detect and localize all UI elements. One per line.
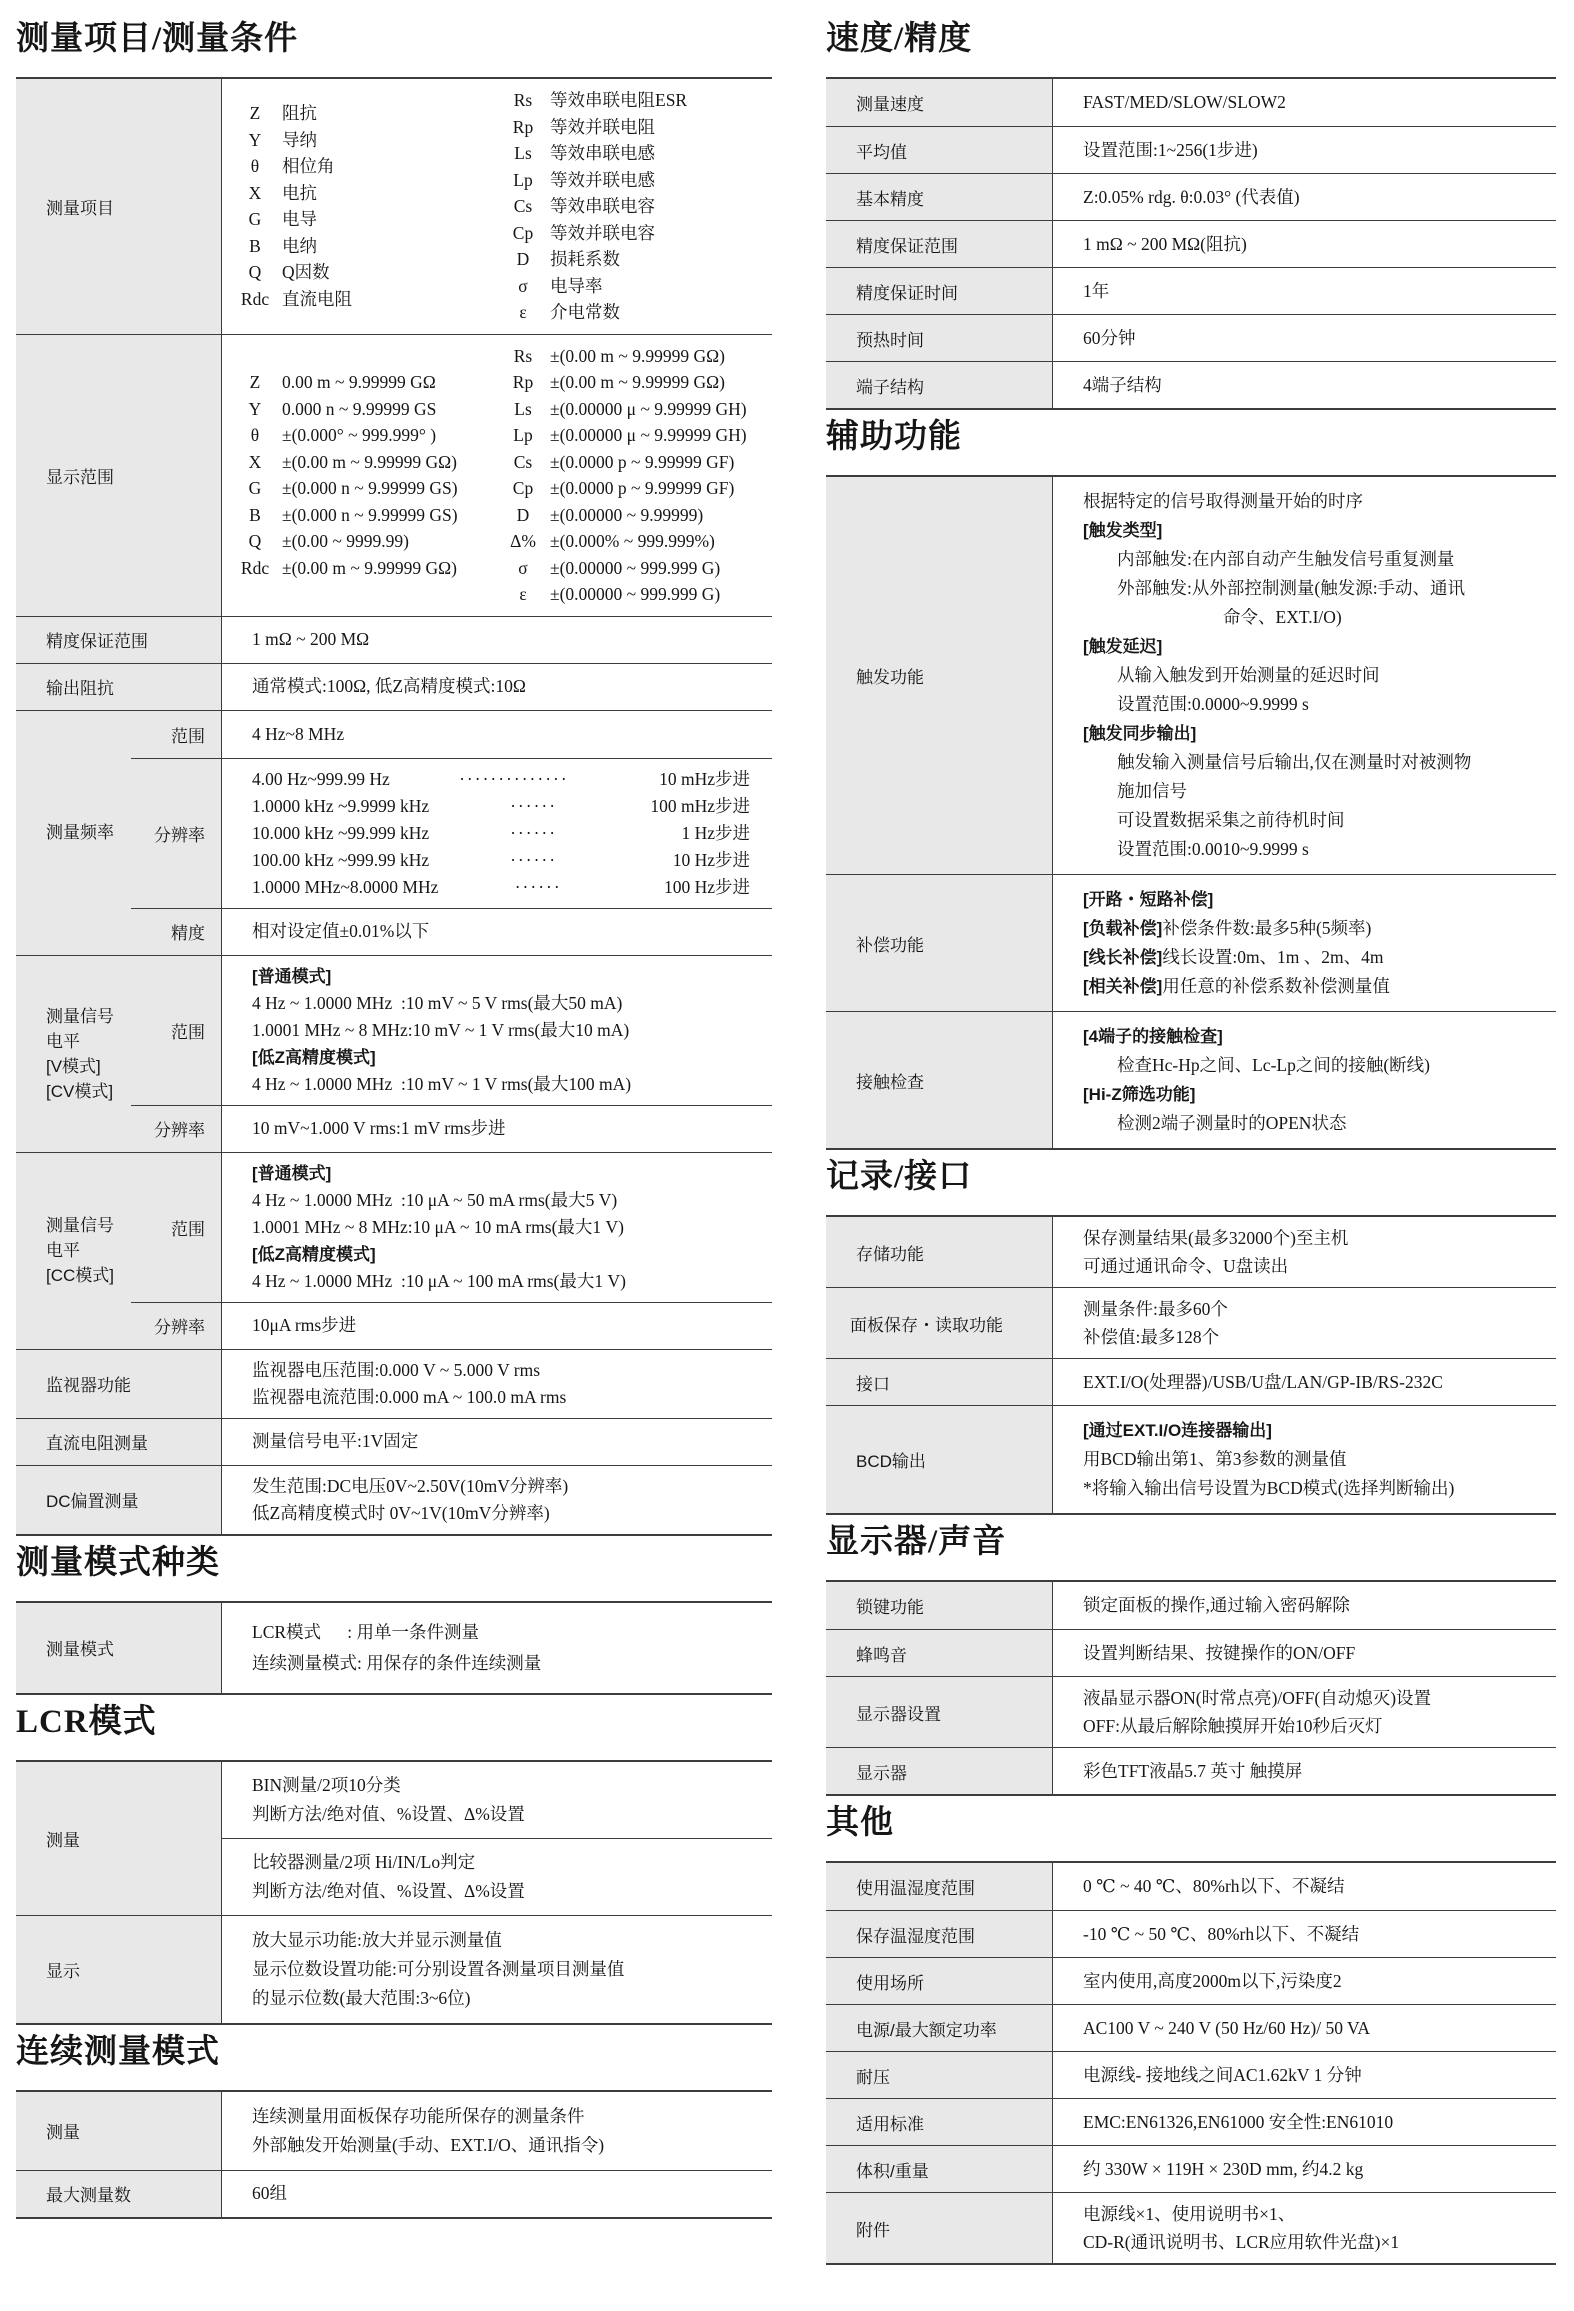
- item-pair: Y导纳: [228, 127, 478, 154]
- row-lines: 发生范围:DC电压0V~2.50V(10mV分辨率)低Z高精度模式时 0V~1V…: [221, 1466, 772, 1534]
- row-compensation-function: 补偿功能 [开路・短路补偿][负载补偿]补偿条件数:最多5种(5频率)[线长补偿…: [826, 874, 1556, 1011]
- spec-line: [普通模式]: [252, 1160, 764, 1187]
- row-label: 显示范围: [16, 335, 221, 616]
- range-pair: θ±(0.000° ~ 999.999° ): [228, 422, 478, 449]
- spec-line: 判断方法/绝对值、%设置、Δ%设置: [252, 1800, 764, 1829]
- row-label: 测量: [16, 1762, 221, 1915]
- row-label: 显示器设置: [826, 1677, 1052, 1747]
- row-measurement-items: 测量项目 Z阻抗Y导纳θ相位角X电抗G电导B电纳QQ因数Rdc直流电阻 Rs等效…: [16, 79, 772, 334]
- spec-line: CD-R(通讯说明书、LCR应用软件光盘)×1: [1083, 2228, 1548, 2256]
- spec-line: 4 Hz ~ 1.0000 MHz :10 mV ~ 1 V rms(最大100…: [252, 1071, 764, 1098]
- row-label: 补偿功能: [826, 875, 1052, 1011]
- row-label: 存储功能: [826, 1217, 1052, 1287]
- table-row: 精度保证时间 1年: [826, 267, 1556, 314]
- item-pair: Rdc直流电阻: [228, 286, 478, 313]
- section-title-other: 其他: [826, 1796, 1556, 1843]
- spec-line: 保存测量结果(最多32000个)至主机: [1083, 1224, 1548, 1252]
- row-label: 直流电阻测量: [16, 1419, 221, 1465]
- range-pair: σ±(0.00000 ~ 999.999 G): [496, 555, 768, 582]
- spec-line: 检测2端子测量时的OPEN状态: [1083, 1109, 1548, 1138]
- row-display-range: 显示范围 Z0.00 m ~ 9.99999 GΩY0.000 n ~ 9.99…: [16, 334, 772, 616]
- row-lines: 放大显示功能:放大并显示测量值显示位数设置功能:可分别设置各测量项目测量值的显示…: [221, 1916, 772, 2023]
- item-pair: ε介电常数: [496, 299, 768, 326]
- range-pair: B±(0.000 n ~ 9.99999 GS): [228, 502, 478, 529]
- row-accuracy-range: 精度保证范围 1 mΩ ~ 200 MΩ: [16, 616, 772, 663]
- spec-line: 的显示位数(最大范围:3~6位): [252, 1984, 764, 2013]
- subrow-range: 范围 [普通模式]4 Hz ~ 1.0000 MHz :10 mV ~ 5 V …: [131, 956, 772, 1105]
- subrow-range: 范围 4 Hz~8 MHz: [131, 711, 772, 758]
- spec-line: BIN测量/2项10分类: [252, 1771, 764, 1800]
- row-contact-check: 接触检查 [4端子的接触检查]检查Hc-Hp之间、Lc-Lp之间的接触(断线)[…: [826, 1011, 1556, 1148]
- spec-line: 命令、EXT.I/O): [1083, 603, 1548, 632]
- row-output-impedance: 输出阻抗 通常模式:100Ω, 低Z高精度模式:10Ω: [16, 663, 772, 710]
- range-list-b: Rs±(0.00 m ~ 9.99999 GΩ)Rp±(0.00 m ~ 9.9…: [496, 343, 768, 608]
- table-row: 端子结构 4端子结构: [826, 361, 1556, 408]
- subrow-value: 4 Hz~8 MHz: [221, 711, 772, 758]
- row-lines: 连续测量用面板保存功能所保存的测量条件外部触发开始测量(手动、EXT.I/O、通…: [221, 2092, 772, 2170]
- row-interface: 接口 EXT.I/O(处理器)/USB/U盘/LAN/GP-IB/RS-232C: [826, 1358, 1556, 1405]
- row-label: 测量速度: [826, 79, 1052, 126]
- row-storage-temp-humidity: 保存温湿度范围 -10 ℃ ~ 50 ℃、80%rh以下、不凝结: [826, 1910, 1556, 1957]
- row-label: 精度保证范围: [16, 617, 221, 663]
- range-pair: Rs±(0.00 m ~ 9.99999 GΩ): [496, 343, 768, 370]
- subrow-range: 范围 [普通模式]4 Hz ~ 1.0000 MHz :10 μA ~ 50 m…: [131, 1153, 772, 1302]
- row-storage-function: 存储功能 保存测量结果(最多32000个)至主机可通过通讯命令、U盘读出: [826, 1217, 1556, 1287]
- subrow-label: 分辨率: [131, 1106, 221, 1152]
- auxiliary-functions-table: 触发功能 根据特定的信号取得测量开始的时序[触发类型]内部触发:在内部自动产生触…: [826, 475, 1556, 1150]
- spec-line: [触发类型]: [1083, 516, 1548, 545]
- row-label: 保存温湿度范围: [826, 1911, 1052, 1957]
- table-row: 平均值 设置范围:1~256(1步进): [826, 126, 1556, 173]
- row-label: 蜂鸣音: [826, 1630, 1052, 1676]
- spec-line: 4 Hz ~ 1.0000 MHz :10 μA ~ 50 mA rms(最大5…: [252, 1187, 764, 1214]
- spec-line: 显示位数设置功能:可分别设置各测量项目测量值: [252, 1955, 764, 1984]
- section-title-auxiliary: 辅助功能: [826, 410, 1556, 457]
- spec-line: [线长补偿]线长设置:0m、1m 、2m、4m: [1083, 943, 1548, 972]
- item-pair: B电纳: [228, 233, 478, 260]
- range-pair: Δ%±(0.000% ~ 999.999%): [496, 528, 768, 555]
- row-value: 设置判断结果、按键操作的ON/OFF: [1052, 1630, 1556, 1676]
- table-row: 测量速度 FAST/MED/SLOW/SLOW2: [826, 79, 1556, 126]
- row-label: 显示: [16, 1916, 221, 2023]
- spec-line: 监视器电流范围:0.000 mA ~ 100.0 mA rms: [252, 1384, 764, 1411]
- range-pair: G±(0.000 n ~ 9.99999 GS): [228, 475, 478, 502]
- row-measurement-frequency: 测量频率 范围 4 Hz~8 MHz 分辨率 4.00 Hz~999.99 Hz…: [16, 710, 772, 955]
- row-label: 附件: [826, 2193, 1052, 2263]
- cc-range-lines: [普通模式]4 Hz ~ 1.0000 MHz :10 μA ~ 50 mA r…: [221, 1153, 772, 1302]
- continuous-mode-table: 测量 连续测量用面板保存功能所保存的测量条件外部触发开始测量(手动、EXT.I/…: [16, 2090, 772, 2219]
- spec-line: 4 Hz ~ 1.0000 MHz :10 mV ~ 5 V rms(最大50 …: [252, 990, 764, 1017]
- row-value: 彩色TFT液晶5.7 英寸 触摸屏: [1052, 1748, 1556, 1794]
- row-label: 平均值: [826, 127, 1052, 173]
- spec-line: [普通模式]: [252, 963, 764, 990]
- row-dc-bias: DC偏置测量 发生范围:DC电压0V~2.50V(10mV分辨率)低Z高精度模式…: [16, 1465, 772, 1534]
- spec-line: [触发同步输出]: [1083, 719, 1548, 748]
- row-value: 1 mΩ ~ 200 MΩ(阻抗): [1052, 221, 1556, 267]
- spec-line: 监视器电压范围:0.000 V ~ 5.000 V rms: [252, 1357, 764, 1384]
- row-label: 电源/最大额定功率: [826, 2005, 1052, 2051]
- item-pair: Lp等效并联电感: [496, 167, 768, 194]
- row-value: 设置范围:1~256(1步进): [1052, 127, 1556, 173]
- row-value: Z:0.05% rdg. θ:0.03° (代表值): [1052, 174, 1556, 220]
- row-lcr-measurement: 测量 BIN测量/2项10分类判断方法/绝对值、%设置、Δ%设置 比较器测量/2…: [16, 1762, 772, 1915]
- spec-line: 可通过通讯命令、U盘读出: [1083, 1252, 1548, 1280]
- row-beeper: 蜂鸣音 设置判断结果、按键操作的ON/OFF: [826, 1629, 1556, 1676]
- spec-line: LCR模式 : 用单一条件测量: [252, 1617, 764, 1648]
- row-label: 锁键功能: [826, 1582, 1052, 1629]
- row-value: 锁定面板的操作,通过输入密码解除: [1052, 1582, 1556, 1629]
- row-value: 约 330W × 119H × 230D mm, 约4.2 kg: [1052, 2146, 1556, 2192]
- spec-line: 用BCD输出第1、第3参数的测量值: [1083, 1445, 1548, 1474]
- row-lines: 监视器电压范围:0.000 V ~ 5.000 V rms监视器电流范围:0.0…: [221, 1350, 772, 1418]
- row-signal-level-v-mode: 测量信号电平[V模式][CV模式] 范围 [普通模式]4 Hz ~ 1.0000…: [16, 955, 772, 1152]
- range-pair: Rp±(0.00 m ~ 9.99999 GΩ): [496, 369, 768, 396]
- spec-line: [相关补偿]用任意的补偿系数补偿测量值: [1083, 972, 1548, 1001]
- spec-line: 外部触发:从外部控制测量(触发源:手动、通讯: [1083, 574, 1548, 603]
- spec-line: 判断方法/绝对值、%设置、Δ%设置: [252, 1877, 764, 1906]
- section-title-speed-accuracy: 速度/精度: [826, 12, 1556, 59]
- spec-line: 触发输入测量信号后输出,仅在测量时对被测物: [1083, 748, 1548, 777]
- row-dc-resistance: 直流电阻测量 测量信号电平:1V固定: [16, 1418, 772, 1465]
- v-range-lines: [普通模式]4 Hz ~ 1.0000 MHz :10 mV ~ 5 V rms…: [221, 956, 772, 1105]
- row-label: 最大测量数: [16, 2171, 221, 2217]
- row-lines: 保存测量结果(最多32000个)至主机可通过通讯命令、U盘读出: [1052, 1217, 1556, 1287]
- table-row: 预热时间 60分钟: [826, 314, 1556, 361]
- spec-line: 电源线×1、使用说明书×1、: [1083, 2200, 1548, 2228]
- row-label: 测量项目: [16, 79, 221, 334]
- spec-line: [通过EXT.I/O连接器输出]: [1083, 1416, 1548, 1445]
- spec-line: 内部触发:在内部自动产生触发信号重复测量: [1083, 545, 1548, 574]
- bin-measurement-cell: BIN测量/2项10分类判断方法/绝对值、%设置、Δ%设置: [221, 1762, 772, 1838]
- item-pair: G电导: [228, 206, 478, 233]
- display-range-content: Z0.00 m ~ 9.99999 GΩY0.000 n ~ 9.99999 G…: [221, 335, 772, 616]
- frequency-subrows: 范围 4 Hz~8 MHz 分辨率 4.00 Hz~999.99 Hz·····…: [131, 711, 772, 955]
- range-pair: Q±(0.00 ~ 9999.99): [228, 528, 478, 555]
- spec-line: 检查Hc-Hp之间、Lc-Lp之间的接触(断线): [1083, 1051, 1548, 1080]
- row-label: 端子结构: [826, 362, 1052, 408]
- range-pair: Y0.000 n ~ 9.99999 GS: [228, 396, 478, 423]
- item-pair: Cp等效并联电容: [496, 220, 768, 247]
- item-pair: Rp等效并联电阻: [496, 114, 768, 141]
- section-title-measurement-modes: 测量模式种类: [16, 1536, 772, 1583]
- range-list-a: Z0.00 m ~ 9.99999 GΩY0.000 n ~ 9.99999 G…: [228, 369, 478, 581]
- spec-line: [触发延迟]: [1083, 632, 1548, 661]
- subrow-label: 范围: [131, 711, 221, 758]
- row-display: 显示器 彩色TFT液晶5.7 英寸 触摸屏: [826, 1747, 1556, 1794]
- row-label: 测量信号电平[V模式][CV模式]: [16, 956, 131, 1152]
- record-interface-table: 存储功能 保存测量结果(最多32000个)至主机可通过通讯命令、U盘读出 面板保…: [826, 1215, 1556, 1515]
- section-title-lcr-mode: LCR模式: [16, 1695, 772, 1742]
- row-value: 4端子结构: [1052, 362, 1556, 408]
- row-value: 60组: [221, 2171, 772, 2217]
- resolution-line: 10.000 kHz ~99.999 kHz······1 Hz步进: [252, 820, 750, 847]
- row-label: 面板保存・读取功能: [826, 1288, 1052, 1358]
- spec-sheet-page: 测量项目/测量条件 测量项目 Z阻抗Y导纳θ相位角X电抗G电导B电纳QQ因数Rd…: [0, 0, 1574, 2285]
- row-value: 室内使用,高度2000m以下,污染度2: [1052, 1958, 1556, 2004]
- spec-line: 发生范围:DC电压0V~2.50V(10mV分辨率): [252, 1473, 764, 1500]
- section-title-record-interface: 记录/接口: [826, 1150, 1556, 1197]
- range-pair: Cs±(0.0000 p ~ 9.99999 GF): [496, 449, 768, 476]
- row-operating-location: 使用场所 室内使用,高度2000m以下,污染度2: [826, 1957, 1556, 2004]
- spec-line: 放大显示功能:放大并显示测量值: [252, 1926, 764, 1955]
- row-label: BCD输出: [826, 1406, 1052, 1513]
- row-standards: 适用标准 EMC:EN61326,EN61000 安全性:EN61010: [826, 2098, 1556, 2145]
- spec-line: 根据特定的信号取得测量开始的时序: [1083, 487, 1548, 516]
- row-label: 使用温湿度范围: [826, 1863, 1052, 1910]
- lcr-measurement-cells: BIN测量/2项10分类判断方法/绝对值、%设置、Δ%设置 比较器测量/2项 H…: [221, 1762, 772, 1915]
- row-monitor-function: 监视器功能 监视器电压范围:0.000 V ~ 5.000 V rms监视器电流…: [16, 1349, 772, 1418]
- row-max-measurements: 最大测量数 60组: [16, 2170, 772, 2217]
- row-label: 耐压: [826, 2052, 1052, 2098]
- row-power-supply: 电源/最大额定功率 AC100 V ~ 240 V (50 Hz/60 Hz)/…: [826, 2004, 1556, 2051]
- row-value: EXT.I/O(处理器)/USB/U盘/LAN/GP-IB/RS-232C: [1052, 1359, 1556, 1405]
- item-pair: X电抗: [228, 180, 478, 207]
- measurement-modes-table: 测量模式 LCR模式 : 用单一条件测量连续测量模式: 用保存的条件连续测量: [16, 1601, 772, 1695]
- row-label: 基本精度: [826, 174, 1052, 220]
- subrow-label: 分辨率: [131, 1303, 221, 1349]
- spec-line: 测量条件:最多60个: [1083, 1295, 1548, 1323]
- spec-line: 4 Hz ~ 1.0000 MHz :10 μA ~ 100 mA rms(最大…: [252, 1268, 764, 1295]
- right-column: 速度/精度 测量速度 FAST/MED/SLOW/SLOW2 平均值 设置范围:…: [826, 12, 1556, 2265]
- other-table: 使用温湿度范围 0 ℃ ~ 40 ℃、80%rh以下、不凝结 保存温湿度范围 -…: [826, 1861, 1556, 2265]
- subrow-resolution: 分辨率 4.00 Hz~999.99 Hz··············10 mH…: [131, 758, 772, 908]
- spec-line: 设置范围:0.0010~9.9999 s: [1083, 835, 1548, 864]
- row-value: AC100 V ~ 240 V (50 Hz/60 Hz)/ 50 VA: [1052, 2005, 1556, 2051]
- row-display-setting: 显示器设置 液晶显示器ON(时常点亮)/OFF(自动熄灭)设置OFF:从最后解除…: [826, 1676, 1556, 1747]
- row-label: 测量信号电平[CC模式]: [16, 1153, 131, 1349]
- section-title-display-sound: 显示器/声音: [826, 1515, 1556, 1562]
- spec-line: *将输入输出信号设置为BCD模式(选择判断输出): [1083, 1474, 1548, 1503]
- spec-line: 1.0001 MHz ~ 8 MHz:10 μA ~ 10 mA rms(最大1…: [252, 1214, 764, 1241]
- row-value: 1 mΩ ~ 200 MΩ: [221, 617, 772, 663]
- row-value: 1年: [1052, 268, 1556, 314]
- spec-line: [负载补偿]补偿条件数:最多5种(5频率): [1083, 914, 1548, 943]
- measurement-conditions-table: 测量项目 Z阻抗Y导纳θ相位角X电抗G电导B电纳QQ因数Rdc直流电阻 Rs等效…: [16, 77, 772, 1536]
- spec-line: 从输入触发到开始测量的延迟时间: [1083, 661, 1548, 690]
- range-pair: Lp±(0.00000 μ ~ 9.99999 GH): [496, 422, 768, 449]
- measurement-items-content: Z阻抗Y导纳θ相位角X电抗G电导B电纳QQ因数Rdc直流电阻 Rs等效串联电阻E…: [221, 79, 772, 334]
- row-panel-save-load: 面板保存・读取功能 测量条件:最多60个补偿值:最多128个: [826, 1287, 1556, 1358]
- row-dimensions-weight: 体积/重量 约 330W × 119H × 230D mm, 约4.2 kg: [826, 2145, 1556, 2192]
- range-pair: Rdc±(0.00 m ~ 9.99999 GΩ): [228, 555, 478, 582]
- compensation-lines: [开路・短路补偿][负载补偿]补偿条件数:最多5种(5频率)[线长补偿]线长设置…: [1052, 875, 1556, 1011]
- lcr-mode-table: 测量 BIN测量/2项10分类判断方法/绝对值、%设置、Δ%设置 比较器测量/2…: [16, 1760, 772, 2025]
- range-pair: Cp±(0.0000 p ~ 9.99999 GF): [496, 475, 768, 502]
- resolution-line: 4.00 Hz~999.99 Hz··············10 mHz步进: [252, 766, 750, 793]
- spec-line: 连续测量模式: 用保存的条件连续测量: [252, 1648, 764, 1679]
- item-pair: Cs等效串联电容: [496, 193, 768, 220]
- row-label: 测量模式: [16, 1603, 221, 1693]
- spec-line: 外部触发开始测量(手动、EXT.I/O、通讯指令): [252, 2131, 764, 2160]
- subrow-label: 范围: [131, 956, 221, 1105]
- spec-line: 可设置数据采集之前待机时间: [1083, 806, 1548, 835]
- spec-line: 1.0001 MHz ~ 8 MHz:10 mV ~ 1 V rms(最大10 …: [252, 1017, 764, 1044]
- subrow-value: 相对设定值±0.01%以下: [221, 909, 772, 955]
- row-lines: 测量条件:最多60个补偿值:最多128个: [1052, 1288, 1556, 1358]
- row-label: DC偏置测量: [16, 1466, 221, 1534]
- row-label: 精度保证时间: [826, 268, 1052, 314]
- left-column: 测量项目/测量条件 测量项目 Z阻抗Y导纳θ相位角X电抗G电导B电纳QQ因数Rd…: [16, 12, 772, 2265]
- row-label: 触发功能: [826, 477, 1052, 874]
- row-value: -10 ℃ ~ 50 ℃、80%rh以下、不凝结: [1052, 1911, 1556, 1957]
- row-value: 电源线- 接地线之间AC1.62kV 1 分钟: [1052, 2052, 1556, 2098]
- range-pair: ε±(0.00000 ~ 999.999 G): [496, 581, 768, 608]
- row-label: 预热时间: [826, 315, 1052, 361]
- row-label: 输出阻抗: [16, 664, 221, 710]
- bcd-output-lines: [通过EXT.I/O连接器输出]用BCD输出第1、第3参数的测量值*将输入输出信…: [1052, 1406, 1556, 1513]
- spec-line: 设置范围:0.0000~9.9999 s: [1083, 690, 1548, 719]
- range-pair: D±(0.00000 ~ 9.99999): [496, 502, 768, 529]
- item-pair: QQ因数: [228, 259, 478, 286]
- resolution-lines: 4.00 Hz~999.99 Hz··············10 mHz步进1…: [221, 759, 772, 908]
- row-label: 接触检查: [826, 1012, 1052, 1148]
- spec-line: [低Z高精度模式]: [252, 1241, 764, 1268]
- subrow-resolution: 分辨率 10 mV~1.000 V rms:1 mV rms步进: [131, 1105, 772, 1152]
- speed-accuracy-table: 测量速度 FAST/MED/SLOW/SLOW2 平均值 设置范围:1~256(…: [826, 77, 1556, 410]
- row-value: EMC:EN61326,EN61000 安全性:EN61010: [1052, 2099, 1556, 2145]
- subrow-value: 10μA rms步进: [221, 1303, 772, 1349]
- items-list-a: Z阻抗Y导纳θ相位角X电抗G电导B电纳QQ因数Rdc直流电阻: [228, 100, 478, 312]
- row-label: 接口: [826, 1359, 1052, 1405]
- item-pair: D损耗系数: [496, 246, 768, 273]
- item-pair: Z阻抗: [228, 100, 478, 127]
- range-pair: Ls±(0.00000 μ ~ 9.99999 GH): [496, 396, 768, 423]
- row-label: 监视器功能: [16, 1350, 221, 1418]
- row-value: 测量信号电平:1V固定: [221, 1419, 772, 1465]
- resolution-line: 1.0000 kHz ~9.9999 kHz······100 mHz步进: [252, 793, 750, 820]
- subrow-label: 精度: [131, 909, 221, 955]
- spec-line: 连续测量用面板保存功能所保存的测量条件: [252, 2102, 764, 2131]
- row-bcd-output: BCD输出 [通过EXT.I/O连接器输出]用BCD输出第1、第3参数的测量值*…: [826, 1405, 1556, 1513]
- row-withstand-voltage: 耐压 电源线- 接地线之间AC1.62kV 1 分钟: [826, 2051, 1556, 2098]
- row-lines: 液晶显示器ON(时常点亮)/OFF(自动熄灭)设置OFF:从最后解除触摸屏开始1…: [1052, 1677, 1556, 1747]
- item-pair: θ相位角: [228, 153, 478, 180]
- row-value: 0 ℃ ~ 40 ℃、80%rh以下、不凝结: [1052, 1863, 1556, 1910]
- item-pair: Rs等效串联电阻ESR: [496, 87, 768, 114]
- v-mode-subrows: 范围 [普通模式]4 Hz ~ 1.0000 MHz :10 mV ~ 5 V …: [131, 956, 772, 1152]
- item-pair: Ls等效串联电感: [496, 140, 768, 167]
- spec-line: 施加信号: [1083, 777, 1548, 806]
- spec-line: [低Z高精度模式]: [252, 1044, 764, 1071]
- trigger-lines: 根据特定的信号取得测量开始的时序[触发类型]内部触发:在内部自动产生触发信号重复…: [1052, 477, 1556, 874]
- range-pair: X±(0.00 m ~ 9.99999 GΩ): [228, 449, 478, 476]
- comparator-measurement-cell: 比较器测量/2项 Hi/IN/Lo判定判断方法/绝对值、%设置、Δ%设置: [221, 1838, 772, 1915]
- row-measurement-mode: 测量模式 LCR模式 : 用单一条件测量连续测量模式: 用保存的条件连续测量: [16, 1603, 772, 1693]
- subrow-value: 10 mV~1.000 V rms:1 mV rms步进: [221, 1106, 772, 1152]
- spec-line: [开路・短路补偿]: [1083, 885, 1548, 914]
- spec-line: OFF:从最后解除触摸屏开始10秒后灭灯: [1083, 1712, 1548, 1740]
- spec-line: 液晶显示器ON(时常点亮)/OFF(自动熄灭)设置: [1083, 1684, 1548, 1712]
- row-operating-temp-humidity: 使用温湿度范围 0 ℃ ~ 40 ℃、80%rh以下、不凝结: [826, 1863, 1556, 1910]
- spec-line: 比较器测量/2项 Hi/IN/Lo判定: [252, 1848, 764, 1877]
- spec-line: [4端子的接触检查]: [1083, 1022, 1548, 1051]
- row-label: 显示器: [826, 1748, 1052, 1794]
- row-continuous-measurement: 测量 连续测量用面板保存功能所保存的测量条件外部触发开始测量(手动、EXT.I/…: [16, 2092, 772, 2170]
- row-key-lock: 锁键功能 锁定面板的操作,通过输入密码解除: [826, 1582, 1556, 1629]
- row-trigger-function: 触发功能 根据特定的信号取得测量开始的时序[触发类型]内部触发:在内部自动产生触…: [826, 477, 1556, 874]
- row-lines: 电源线×1、使用说明书×1、CD-R(通讯说明书、LCR应用软件光盘)×1: [1052, 2193, 1556, 2263]
- row-label: 精度保证范围: [826, 221, 1052, 267]
- items-list-b: Rs等效串联电阻ESRRp等效并联电阻Ls等效串联电感Lp等效并联电感Cs等效串…: [496, 87, 768, 326]
- item-pair: σ电导率: [496, 273, 768, 300]
- spec-line: [Hi-Z筛选功能]: [1083, 1080, 1548, 1109]
- table-row: 基本精度 Z:0.05% rdg. θ:0.03° (代表值): [826, 173, 1556, 220]
- row-label: 体积/重量: [826, 2146, 1052, 2192]
- row-lcr-display: 显示 放大显示功能:放大并显示测量值显示位数设置功能:可分别设置各测量项目测量值…: [16, 1915, 772, 2023]
- cc-mode-subrows: 范围 [普通模式]4 Hz ~ 1.0000 MHz :10 μA ~ 50 m…: [131, 1153, 772, 1349]
- spec-line: 补偿值:最多128个: [1083, 1323, 1548, 1351]
- table-row: 精度保证范围 1 mΩ ~ 200 MΩ(阻抗): [826, 220, 1556, 267]
- section-title-measurement-conditions: 测量项目/测量条件: [16, 12, 772, 59]
- subrow-label: 分辨率: [131, 759, 221, 908]
- row-signal-level-cc-mode: 测量信号电平[CC模式] 范围 [普通模式]4 Hz ~ 1.0000 MHz …: [16, 1152, 772, 1349]
- subrow-resolution: 分辨率 10μA rms步进: [131, 1302, 772, 1349]
- display-sound-table: 锁键功能 锁定面板的操作,通过输入密码解除 蜂鸣音 设置判断结果、按键操作的ON…: [826, 1580, 1556, 1796]
- row-value: FAST/MED/SLOW/SLOW2: [1052, 79, 1556, 126]
- row-label: 使用场所: [826, 1958, 1052, 2004]
- resolution-line: 1.0000 MHz~8.0000 MHz······100 Hz步进: [252, 874, 750, 901]
- row-lines: LCR模式 : 用单一条件测量连续测量模式: 用保存的条件连续测量: [221, 1603, 772, 1693]
- resolution-line: 100.00 kHz ~999.99 kHz······10 Hz步进: [252, 847, 750, 874]
- range-pair: Z0.00 m ~ 9.99999 GΩ: [228, 369, 478, 396]
- row-label: 测量频率: [16, 711, 131, 955]
- row-value: 通常模式:100Ω, 低Z高精度模式:10Ω: [221, 664, 772, 710]
- section-title-continuous-mode: 连续测量模式: [16, 2025, 772, 2072]
- contact-check-lines: [4端子的接触检查]检查Hc-Hp之间、Lc-Lp之间的接触(断线)[Hi-Z筛…: [1052, 1012, 1556, 1148]
- row-value: 60分钟: [1052, 315, 1556, 361]
- subrow-accuracy: 精度 相对设定值±0.01%以下: [131, 908, 772, 955]
- row-label: 适用标准: [826, 2099, 1052, 2145]
- row-label: 测量: [16, 2092, 221, 2170]
- subrow-label: 范围: [131, 1153, 221, 1302]
- row-accessories: 附件 电源线×1、使用说明书×1、CD-R(通讯说明书、LCR应用软件光盘)×1: [826, 2192, 1556, 2263]
- spec-line: 低Z高精度模式时 0V~1V(10mV分辨率): [252, 1500, 764, 1527]
